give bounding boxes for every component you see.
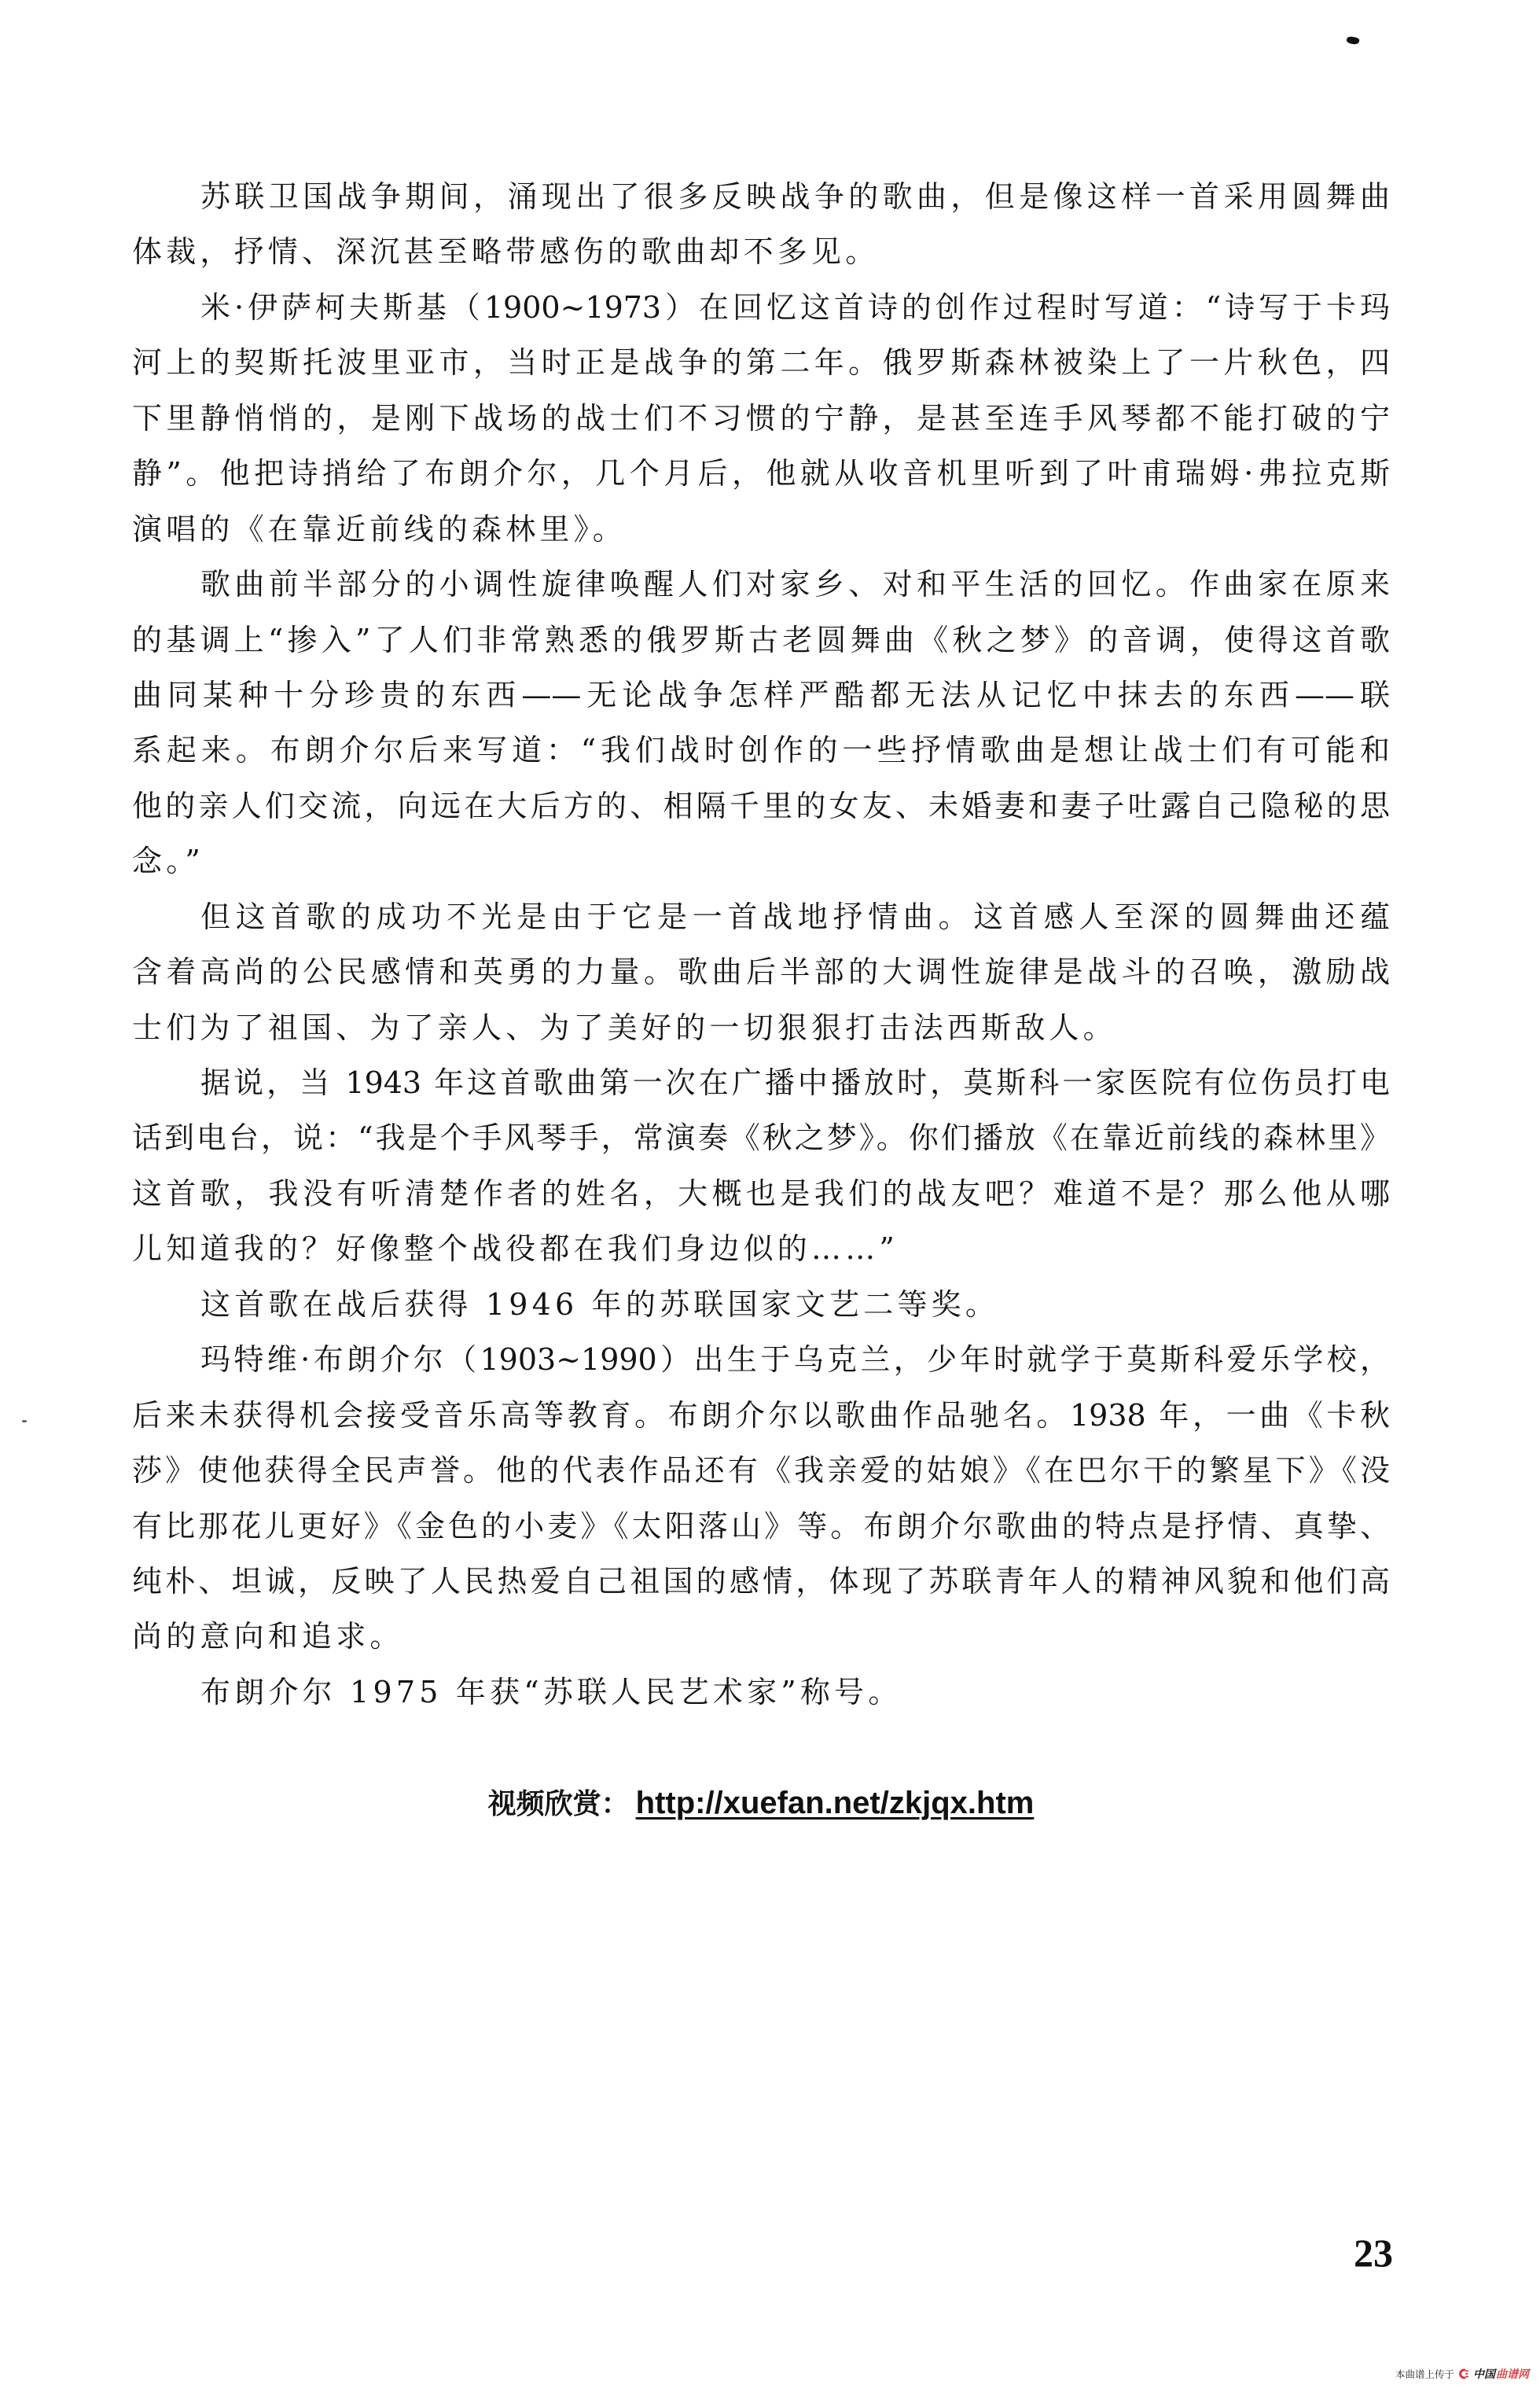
- paragraph-1: 苏联卫国战争期间，涌现出了很多反映战争的歌曲，但是像这样一首采用圆舞曲 体裁，抒…: [132, 169, 1390, 280]
- text-line: 河上的契斯托波里亚市，当时正是战争的第二年。俄罗斯森林被染上了一片秋色，四: [132, 335, 1390, 390]
- text-line: 这首歌，我没有听清楚作者的姓名，大概也是我们的战友吧？难道不是？那么他从哪: [132, 1166, 1390, 1221]
- paragraph-5: 据说，当 1943 年这首歌曲第一次在广播中播放时，莫斯科一家医院有位伤员打电 …: [132, 1055, 1390, 1277]
- watermark-prefix: 本曲谱上传于: [1395, 2367, 1454, 2381]
- text-line: 他的亲人们交流，向远在大后方的、相隔千里的女友、未婚妻和妻子吐露自己隐秘的思: [132, 778, 1390, 833]
- text-line: 静”。他把诗捎给了布朗介尔，几个月后，他就从收音机里听到了叶甫瑞姆·弗拉克斯: [132, 446, 1390, 501]
- paragraph-8: 布朗介尔 1975 年获“苏联人民艺术家”称号。: [132, 1665, 1390, 1720]
- text-line: 歌曲前半部分的小调性旋律唤醒人们对家乡、对和平生活的回忆。作曲家在原来: [132, 557, 1390, 612]
- scan-artifact: [1346, 35, 1360, 45]
- text-line: 下里静悄悄的，是刚下战场的战士们不习惯的宁静，是甚至连手风琴都不能打破的宁: [132, 391, 1390, 446]
- text-line: 布朗介尔 1975 年获“苏联人民艺术家”称号。: [132, 1665, 1390, 1720]
- page-number: 23: [1354, 2232, 1393, 2274]
- body-text: 苏联卫国战争期间，涌现出了很多反映战争的歌曲，但是像这样一首采用圆舞曲 体裁，抒…: [132, 169, 1390, 1720]
- text-line: 念。”: [132, 833, 1390, 889]
- watermark: 本曲谱上传于 中国 曲谱网: [1395, 2367, 1529, 2381]
- video-link-line: 视频欣赏：http://xuefan.net/zkjqx.htm: [132, 1779, 1390, 1827]
- cpw-logo-icon: [1458, 2368, 1469, 2379]
- text-line: 这首歌在战后获得 1946 年的苏联国家文艺二等奖。: [132, 1277, 1390, 1332]
- text-line: 玛特维·布朗介尔（1903~1990）出生于乌克兰，少年时就学于莫斯科爱乐学校，: [132, 1332, 1390, 1387]
- watermark-brand-secondary: 曲谱网: [1496, 2366, 1529, 2382]
- text-line: 士们为了祖国、为了亲人、为了美好的一切狠狠打击法西斯敌人。: [132, 1000, 1390, 1055]
- text-line: 体裁，抒情、深沉甚至略带感伤的歌曲却不多见。: [132, 224, 1390, 279]
- text-line: 后来未获得机会接受音乐高等教育。布朗介尔以歌曲作品驰名。1938 年，一曲《卡秋: [132, 1388, 1390, 1443]
- text-line: 儿知道我的？好像整个战役都在我们身边似的……”: [132, 1221, 1390, 1276]
- text-line: 话到电台，说：“我是个手风琴手，常演奏《秋之梦》。你们播放《在靠近前线的森林里》: [132, 1110, 1390, 1165]
- text-line: 但这首歌的成功不光是由于它是一首战地抒情曲。这首感人至深的圆舞曲还蕴: [132, 889, 1390, 944]
- watermark-brand-primary: 中国: [1473, 2366, 1495, 2382]
- text-line: 的基调上“掺入”了人们非常熟悉的俄罗斯古老圆舞曲《秋之梦》的音调，使得这首歌: [132, 613, 1390, 668]
- text-line: 尚的意向和追求。: [132, 1609, 1390, 1664]
- video-label: 视频欣赏：: [488, 1787, 630, 1820]
- paragraph-2: 米·伊萨柯夫斯基（1900~1973）在回忆这首诗的创作过程时写道：“诗写于卡玛…: [132, 280, 1390, 557]
- text-line: 米·伊萨柯夫斯基（1900~1973）在回忆这首诗的创作过程时写道：“诗写于卡玛: [132, 280, 1390, 335]
- scan-artifact: [22, 1420, 27, 1422]
- paragraph-4: 但这首歌的成功不光是由于它是一首战地抒情曲。这首感人至深的圆舞曲还蕴 含着高尚的…: [132, 889, 1390, 1055]
- paragraph-7: 玛特维·布朗介尔（1903~1990）出生于乌克兰，少年时就学于莫斯科爱乐学校，…: [132, 1332, 1390, 1665]
- book-page: 苏联卫国战争期间，涌现出了很多反映战争的歌曲，但是像这样一首采用圆舞曲 体裁，抒…: [0, 0, 1540, 2388]
- text-line: 苏联卫国战争期间，涌现出了很多反映战争的歌曲，但是像这样一首采用圆舞曲: [132, 169, 1390, 224]
- text-line: 演唱的《在靠近前线的森林里》。: [132, 502, 1390, 557]
- video-url-link[interactable]: http://xuefan.net/zkjqx.htm: [636, 1786, 1035, 1820]
- text-line: 曲同某种十分珍贵的东西——无论战争怎样严酷都无法从记忆中抹去的东西——联: [132, 668, 1390, 723]
- text-line: 含着高尚的公民感情和英勇的力量。歌曲后半部的大调性旋律是战斗的召唤，激励战: [132, 944, 1390, 999]
- text-line: 莎》使他获得全民声誉。他的代表作品还有《我亲爱的姑娘》《在巴尔干的繁星下》《没: [132, 1443, 1390, 1498]
- text-line: 纯朴、坦诚，反映了人民热爱自己祖国的感情，体现了苏联青年人的精神风貌和他们高: [132, 1554, 1390, 1609]
- paragraph-3: 歌曲前半部分的小调性旋律唤醒人们对家乡、对和平生活的回忆。作曲家在原来 的基调上…: [132, 557, 1390, 889]
- paragraph-6: 这首歌在战后获得 1946 年的苏联国家文艺二等奖。: [132, 1277, 1390, 1332]
- text-line: 据说，当 1943 年这首歌曲第一次在广播中播放时，莫斯科一家医院有位伤员打电: [132, 1055, 1390, 1110]
- text-line: 系起来。布朗介尔后来写道：“我们战时创作的一些抒情歌曲是想让战士们有可能和: [132, 723, 1390, 778]
- text-line: 有比那花儿更好》《金色的小麦》《太阳落山》等。布朗介尔歌曲的特点是抒情、真挚、: [132, 1499, 1390, 1554]
